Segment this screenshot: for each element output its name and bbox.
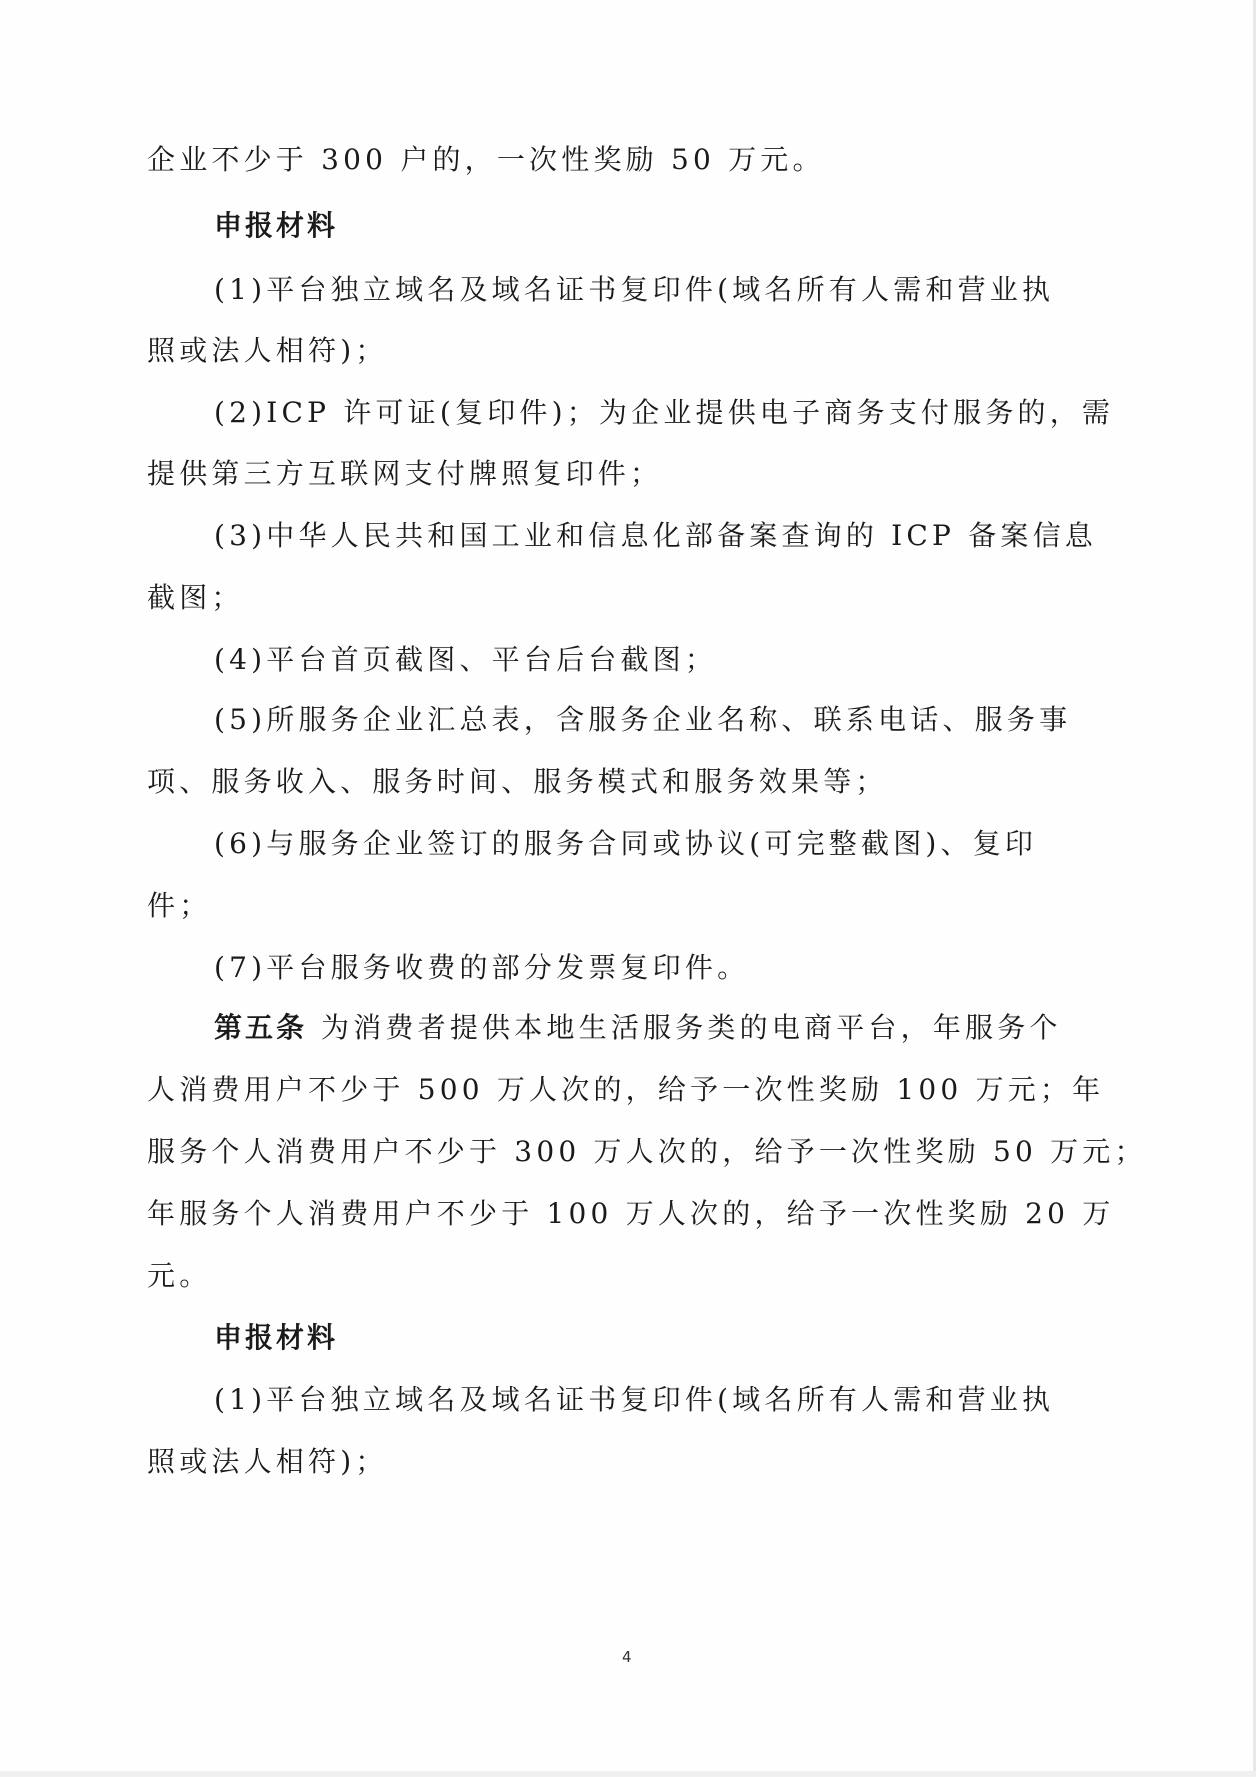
list-item-1-line: (1)平台独立域名及域名证书复印件(域名所有人需和营业执 [214, 270, 1054, 310]
list-item-3-continuation: 截图； [147, 578, 244, 618]
list-item-1-continuation: 照或法人相符)； [147, 331, 388, 371]
list-item-3-line: (3)中华人民共和国工业和信息化部备案查询的 ICP 备案信息 [214, 516, 1097, 556]
article-label: 第五条 [214, 1011, 307, 1044]
list-item-4-line: (4)平台首页截图、平台后台截图； [214, 640, 717, 680]
list-item-6-continuation: 件； [147, 886, 211, 926]
article-5-text: 为消费者提供本地生活服务类的电商平台，年服务个 [321, 1011, 1062, 1044]
section-heading-application-materials: 申报材料 [214, 206, 338, 246]
paragraph-line: 人消费用户不少于 500 万人次的，给予一次性奖励 100 万元；年 [147, 1070, 1104, 1110]
list-item-2-line: (2)ICP 许可证(复印件)；为企业提供电子商务支付服务的，需 [214, 393, 1114, 433]
page-number: 4 [622, 1648, 632, 1666]
article-5-line: 第五条为消费者提供本地生活服务类的电商平台，年服务个 [214, 1008, 1062, 1048]
list-item-1-line: (1)平台独立域名及域名证书复印件(域名所有人需和营业执 [214, 1380, 1054, 1420]
paragraph-line: 年服务个人消费用户不少于 100 万人次的，给予一次性奖励 20 万 [147, 1194, 1114, 1234]
list-item-1-continuation: 照或法人相符)； [147, 1442, 388, 1482]
list-item-7-line: (7)平台服务收费的部分发票复印件。 [214, 948, 749, 988]
scan-edge [0, 1771, 1256, 1777]
list-item-5-line: (5)所服务企业汇总表，含服务企业名称、联系电话、服务事 [214, 700, 1071, 740]
document-page: 企业不少于 300 户的，一次性奖励 50 万元。 申报材料 (1)平台独立域名… [0, 0, 1256, 1777]
list-item-6-line: (6)与服务企业签订的服务合同或协议(可完整截图)、复印 [214, 824, 1037, 864]
paragraph-line: 服务个人消费用户不少于 300 万人次的，给予一次性奖励 50 万元； [147, 1132, 1147, 1172]
section-heading-application-materials: 申报材料 [214, 1318, 338, 1358]
paragraph-line: 企业不少于 300 户的，一次性奖励 50 万元。 [147, 140, 825, 180]
list-item-5-continuation: 项、服务收入、服务时间、服务模式和服务效果等； [147, 762, 888, 802]
list-item-2-continuation: 提供第三方互联网支付牌照复印件； [147, 454, 662, 494]
paragraph-line: 元。 [147, 1256, 211, 1296]
